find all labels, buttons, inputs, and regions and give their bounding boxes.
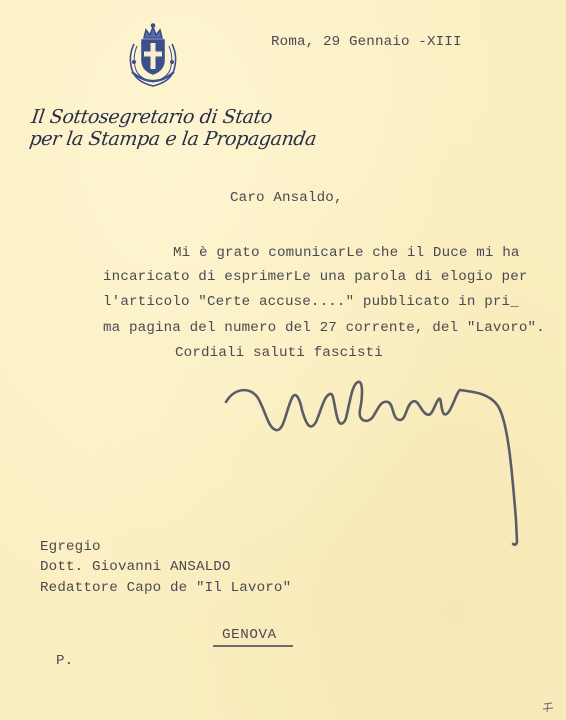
letterhead-title-line1: Il Sottosegretario di Stato — [30, 106, 273, 128]
salutation: Caro Ansaldo, — [230, 191, 343, 205]
city-underline — [213, 645, 293, 647]
footer-mark: P. — [56, 654, 73, 668]
closing-line: Cordiali saluti fascisti — [175, 346, 383, 360]
recipient-line-1: Egregio — [40, 540, 101, 554]
body-line-1: Mi è grato comunicarLe che il Duce mi ha — [173, 246, 520, 260]
letter-paper: Il Sottosegretario di Stato per la Stamp… — [0, 0, 566, 720]
letterhead-title-line2: per la Stampa e la Propaganda — [28, 128, 318, 150]
date-line: Roma, 29 Gennaio -XIII — [271, 35, 462, 49]
body-line-3: l'articolo "Certe accuse...." pubblicato… — [103, 295, 519, 309]
recipient-city: GENOVA — [222, 628, 277, 642]
recipient-line-3: Redattore Capo de "Il Lavoro" — [40, 581, 291, 595]
recipient-line-2: Dott. Giovanni ANSALDO — [40, 560, 231, 574]
savoy-royal-crest-icon — [122, 22, 184, 90]
page-number-mark — [540, 700, 556, 714]
handwritten-signature — [220, 380, 530, 550]
body-line-4: ma pagina del numero del 27 corrente, de… — [103, 321, 545, 335]
body-line-2: incaricato di esprimerLe una parola di e… — [103, 270, 528, 284]
